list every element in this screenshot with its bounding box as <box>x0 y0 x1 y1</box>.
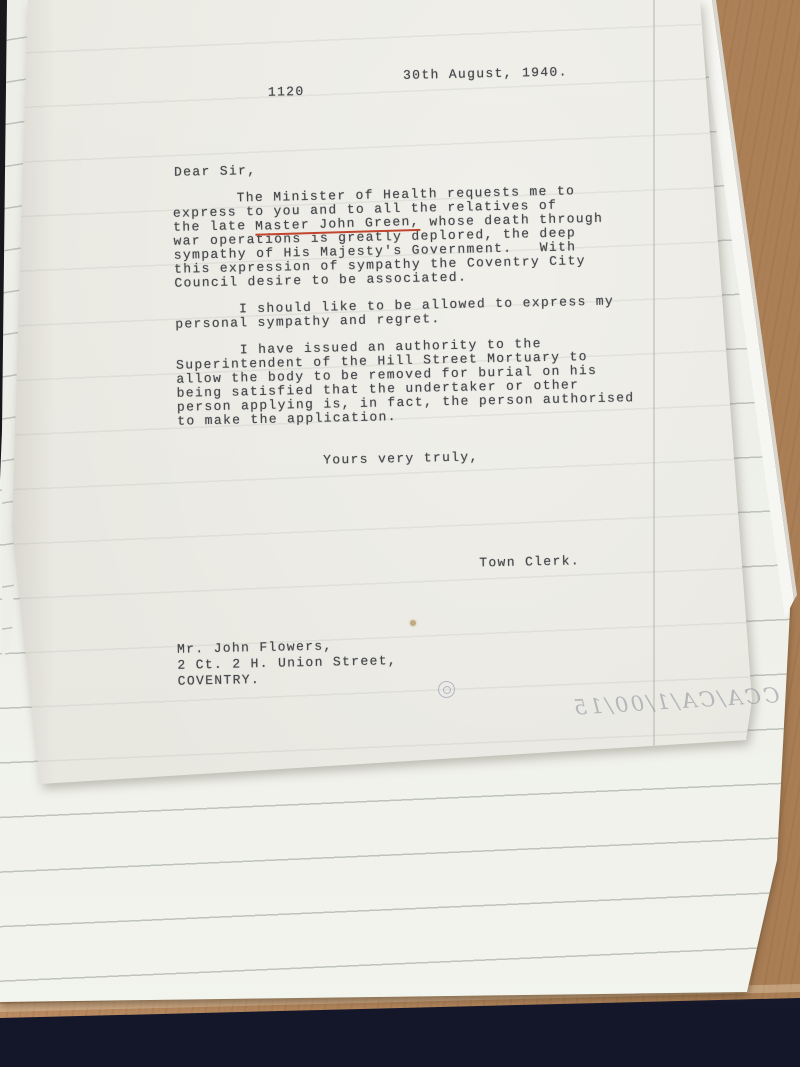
typed-text-layer: 1120 30th August, 1940. Dear Sir, The Mi… <box>160 63 713 690</box>
letter-page: 1120 30th August, 1940. Dear Sir, The Mi… <box>0 0 800 1067</box>
reference-number: 1120 <box>268 84 305 100</box>
photo-scene: 1120 30th August, 1940. Dear Sir, The Mi… <box>0 0 800 1067</box>
paragraph-2: I should like to be allowed to express m… <box>165 293 705 332</box>
letter-date: 30th August, 1940. <box>403 65 568 82</box>
paragraph-3: I have issued an authority to the Superi… <box>166 334 708 429</box>
embossed-stamp <box>438 681 455 698</box>
stamp-inner-ring <box>443 686 451 694</box>
letter-page-wrapper: 1120 30th August, 1940. Dear Sir, The Mi… <box>0 0 800 1067</box>
letter-header-row: 1120 30th August, 1940. <box>160 63 700 88</box>
closing-phrase: Yours very truly, <box>323 446 708 468</box>
salutation: Dear Sir, <box>174 155 702 180</box>
paragraph-1: The Minister of Health requests me to ex… <box>162 182 704 291</box>
stain-mark <box>410 620 416 626</box>
signature-title: Town Clerk. <box>479 552 710 571</box>
